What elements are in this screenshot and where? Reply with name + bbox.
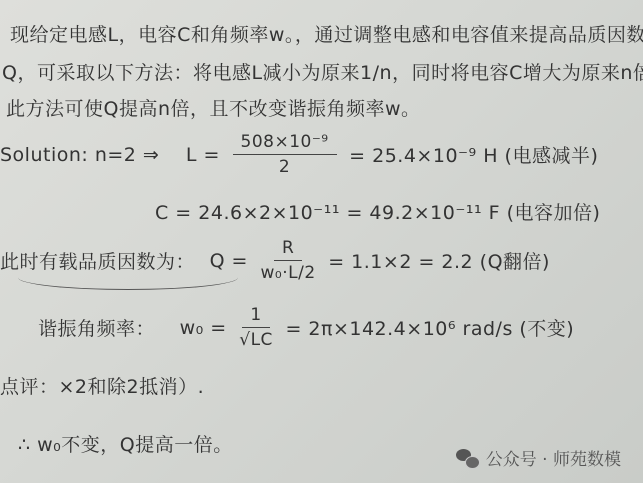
solution-L-row: Solution: n=2 ⇒ L = 508×10⁻⁹ 2 = 25.4×10… — [0, 132, 598, 177]
Q-result: = 1.1×2 = 2.2 (Q翻倍) — [328, 247, 550, 274]
w-fraction: 1 √LC — [239, 305, 273, 350]
w-lhs: w₀ = — [180, 317, 227, 339]
resonance-label: 谐振角频率： — [38, 314, 155, 341]
resonance-row: 谐振角频率： w₀ = 1 √LC = 2π×142.4×10⁶ rad/s (… — [38, 305, 574, 350]
quality-label: 此时有载品质因数为： — [0, 247, 195, 274]
solution-label: Solution: n=2 ⇒ — [0, 144, 159, 166]
Q-numerator: R — [274, 238, 302, 261]
w-numerator: 1 — [242, 305, 269, 328]
comment-line: 点评：×2和除2抵消）. — [0, 372, 204, 399]
handwritten-note: 现给定电感L，电容C和角频率w。，通过调整电感和电容值来提高品质因数 Q，可采取… — [0, 0, 643, 483]
L-numerator: 508×10⁻⁹ — [233, 132, 337, 155]
watermark: 公众号 · 师苑数模 — [456, 445, 621, 470]
Q-denominator: w₀·L/2 — [261, 261, 316, 283]
solution-C-row: C = 24.6×2×10⁻¹¹ = 49.2×10⁻¹¹ F (电容加倍) — [155, 198, 600, 225]
Q-lhs: Q = — [210, 250, 248, 272]
L-lhs: L = — [186, 144, 220, 166]
L-denominator: 2 — [279, 155, 290, 177]
Q-fraction: R w₀·L/2 — [261, 238, 316, 283]
L-result: = 25.4×10⁻⁹ H (电感减半) — [349, 141, 598, 168]
watermark-text: 公众号 · 师苑数模 — [486, 445, 621, 470]
underline-brace — [18, 275, 238, 290]
L-fraction: 508×10⁻⁹ 2 — [233, 132, 337, 177]
w-denominator: √LC — [239, 328, 273, 350]
conclusion-line: ∴ w₀不变，Q提高一倍。 — [18, 430, 233, 457]
w-result: = 2π×142.4×10⁶ rad/s (不变) — [285, 314, 574, 341]
wechat-icon — [456, 448, 480, 468]
problem-line-2: Q，可采取以下方法：将电感L减小为原来1/n，同时将电容C增大为原来n倍 — [2, 58, 643, 85]
problem-line-3: 此方法可使Q提高n倍，且不改变谐振角频率w。 — [6, 94, 421, 121]
problem-line-1: 现给定电感L，电容C和角频率w。，通过调整电感和电容值来提高品质因数 — [10, 20, 643, 47]
